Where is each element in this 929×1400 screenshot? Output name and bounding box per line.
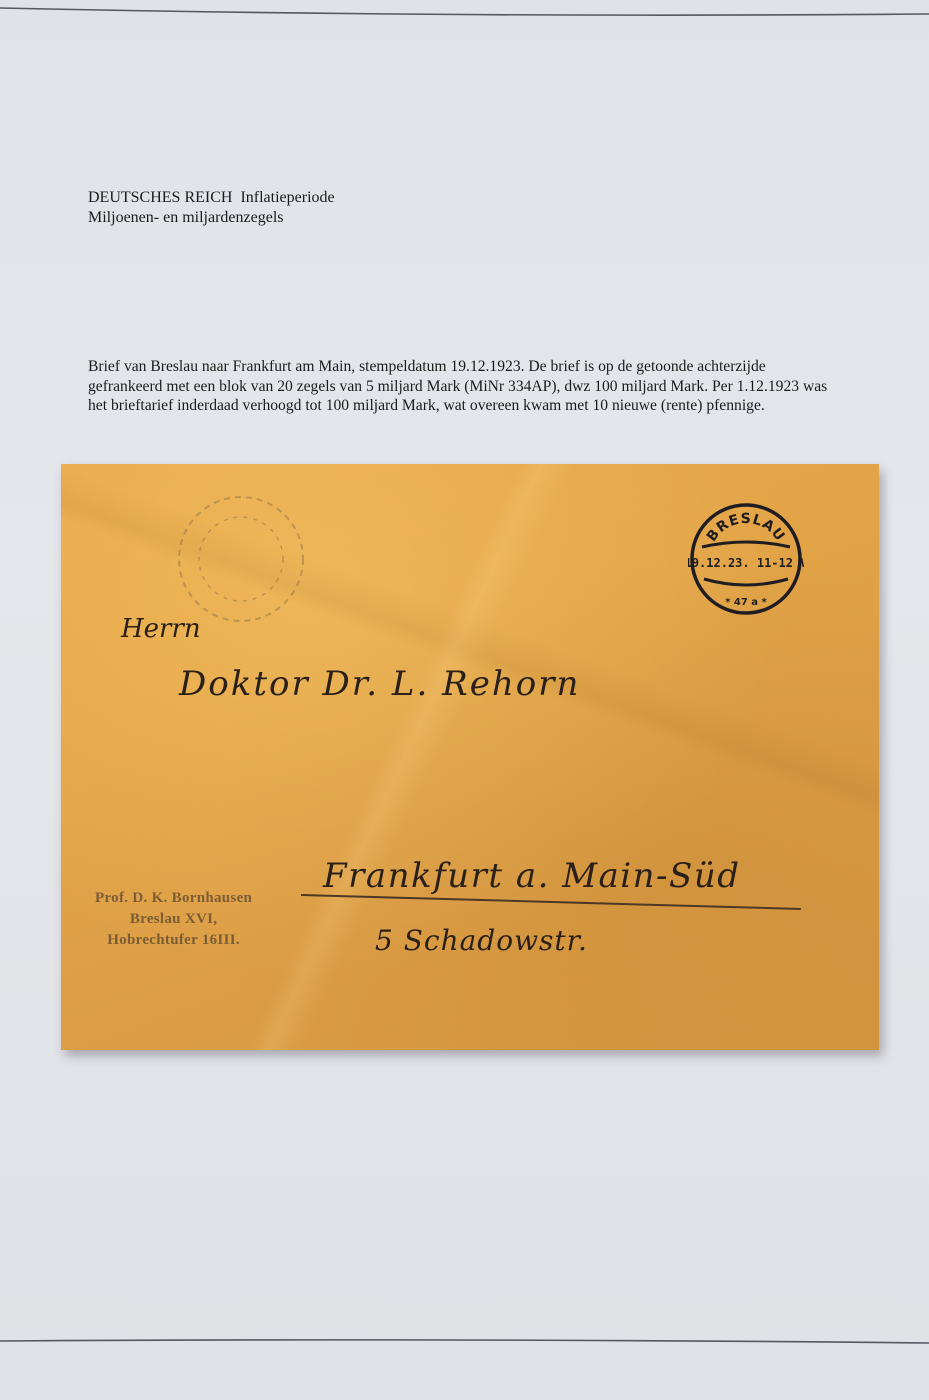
- breslau-postmark-icon: BRESLAU 19.12.23. 11-12 V * 47 a *: [688, 501, 804, 617]
- handwritten-salutation: Herrn: [121, 614, 201, 644]
- envelope-cover: BRESLAU 19.12.23. 11-12 V * 47 a * Herrn…: [61, 464, 879, 1050]
- svg-text:* 47 a *: * 47 a *: [725, 597, 767, 608]
- city-underline: [301, 894, 801, 909]
- handwritten-addressee: Doktor Dr. L. Rehorn: [179, 664, 580, 704]
- handwritten-street: 5 Schadowstr.: [375, 924, 588, 957]
- sender-name: Prof. D. K. Bornhausen: [95, 888, 252, 909]
- faint-postmark-icon: [166, 484, 316, 634]
- svg-text:BRESLAU: BRESLAU: [704, 511, 788, 545]
- svg-text:19.12.23. 11-12 V: 19.12.23. 11-12 V: [688, 556, 804, 570]
- cover-description: Brief van Breslau naar Frankfurt am Main…: [88, 357, 828, 416]
- heading-period: Inflatieperiode: [240, 189, 334, 206]
- sender-return-stamp: Prof. D. K. Bornhausen Breslau XVI, Hobr…: [95, 888, 252, 951]
- page-heading: DEUTSCHES REICHInflatieperiode Miljoenen…: [88, 188, 335, 228]
- sender-street: Hobrechtufer 16III.: [95, 930, 252, 951]
- page-edge-top: [0, 6, 929, 20]
- page-edge-bottom: [0, 1334, 929, 1348]
- heading-title: DEUTSCHES REICH: [88, 189, 232, 206]
- handwritten-city: Frankfurt a. Main-Süd: [323, 856, 741, 896]
- sender-district: Breslau XVI,: [95, 909, 252, 930]
- heading-subtitle: Miljoenen- en miljardenzegels: [88, 208, 335, 228]
